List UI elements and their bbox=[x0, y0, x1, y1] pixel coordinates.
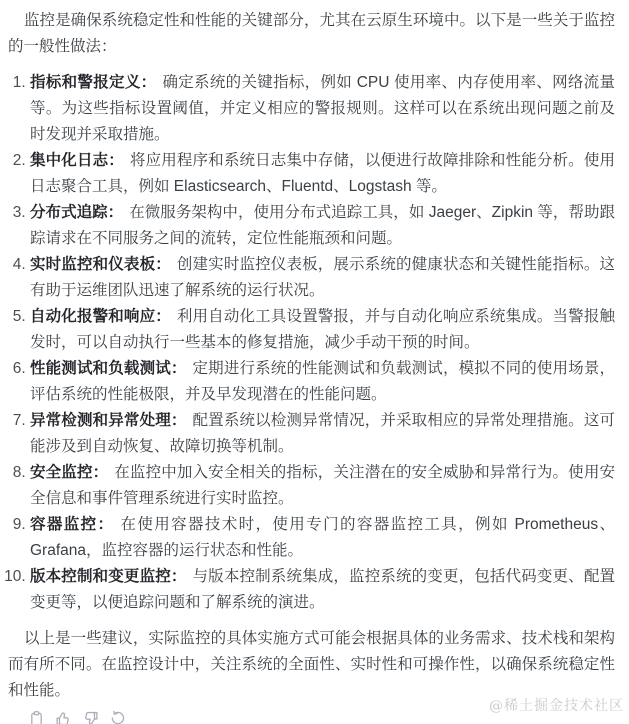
list-item: 容器监控：在使用容器技术时，使用专门的容器监控工具，例如 Prometheus、… bbox=[30, 512, 615, 564]
item-term: 安全监控： bbox=[30, 464, 108, 481]
list-item: 性能测试和负载测试：定期进行系统的性能测试和负载测试，模拟不同的使用场景，评估系… bbox=[30, 356, 615, 408]
list-item: 异常检测和异常处理：配置系统以检测异常情况，并采取相应的异常处理措施。这可能涉及… bbox=[30, 408, 615, 460]
copy-button[interactable] bbox=[28, 710, 45, 724]
list-item: 集中化日志：将应用程序和系统日志集中存储，以便进行故障排除和性能分析。使用日志聚… bbox=[30, 148, 615, 200]
list-item: 自动化报警和响应：利用自动化工具设置警报，并与自动化响应系统集成。当警报触发时，… bbox=[30, 304, 615, 356]
item-term: 实时监控和仪表板： bbox=[30, 256, 171, 273]
watermark: @稀土掘金技术社区 bbox=[489, 693, 624, 719]
list-item: 实时监控和仪表板：创建实时监控仪表板，展示系统的健康状态和关键性能指标。这有助于… bbox=[30, 252, 615, 304]
item-term: 指标和警报定义： bbox=[30, 74, 156, 91]
item-term: 分布式追踪： bbox=[30, 204, 123, 221]
thumbs-up-button[interactable] bbox=[55, 710, 72, 724]
thumbs-down-button[interactable] bbox=[82, 710, 99, 724]
list-item: 分布式追踪：在微服务架构中，使用分布式追踪工具，如 Jaeger、Zipkin … bbox=[30, 200, 615, 252]
item-term: 自动化报警和响应： bbox=[30, 308, 171, 325]
copy-icon bbox=[28, 710, 45, 724]
item-term: 异常检测和异常处理： bbox=[30, 412, 187, 429]
list-item: 指标和警报定义：确定系统的关键指标，例如 CPU 使用率、内存使用率、网络流量等… bbox=[30, 70, 615, 148]
thumbs-down-icon bbox=[82, 710, 99, 724]
item-term: 容器监控： bbox=[30, 516, 114, 533]
item-term: 性能测试和负载测试： bbox=[30, 360, 187, 377]
regenerate-button[interactable] bbox=[109, 710, 126, 724]
list-item: 版本控制和变更监控：与版本控制系统集成，监控系统的变更，包括代码变更、配置变更等… bbox=[30, 564, 615, 616]
item-text: 在监控中加入安全相关的指标，关注潜在的安全威胁和异常行为。使用安全信息和事件管理… bbox=[30, 464, 615, 507]
item-text: 在使用容器技术时，使用专门的容器监控工具，例如 Prometheus、Grafa… bbox=[30, 516, 615, 559]
item-term: 集中化日志： bbox=[30, 152, 124, 169]
intro-paragraph: 监控是确保系统稳定性和性能的关键部分，尤其在云原生环境中。以下是一些关于监控的一… bbox=[8, 8, 615, 60]
regenerate-icon bbox=[109, 710, 126, 724]
item-term: 版本控制和变更监控： bbox=[30, 568, 187, 585]
list-item: 安全监控：在监控中加入安全相关的指标，关注潜在的安全威胁和异常行为。使用安全信息… bbox=[30, 460, 615, 512]
practices-list: 指标和警报定义：确定系统的关键指标，例如 CPU 使用率、内存使用率、网络流量等… bbox=[8, 70, 615, 616]
thumbs-up-icon bbox=[55, 710, 72, 724]
